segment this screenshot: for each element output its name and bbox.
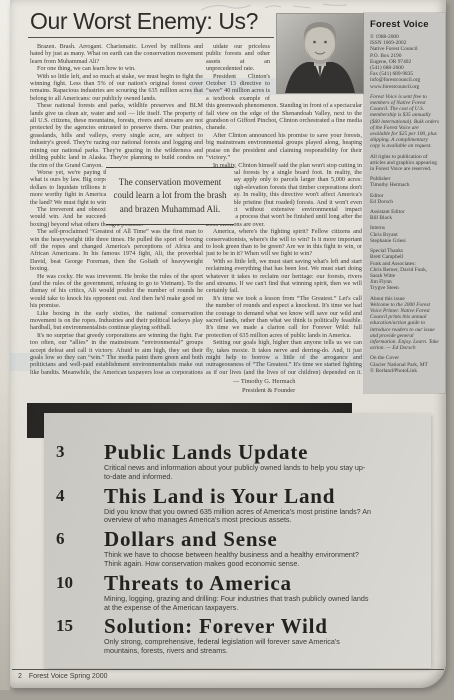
toc-entry-title: Dollars and Sense [104,528,372,550]
toc-entry-title: This Land is Your Land [104,485,372,507]
body-paragraph: After Clinton announced his promise to s… [206,132,362,162]
magazine-page: Our Worst Enemy: Us? Brazen. Brash. Arro… [10,0,446,688]
body-paragraph: Setting our goals high, higher than anyo… [206,339,362,375]
toc-entry-title: Threats to America [104,572,372,594]
toc-page-number: 4 [56,485,104,526]
page-edge-sliver [0,0,10,690]
toc-page-number: 15 [56,615,104,656]
signature-title: President & Founder [233,387,296,396]
toc-entry: 15 Solution: Forever Wild Only strong, c… [56,615,431,656]
body-paragraph: Brazen. Brash. Arrogant. Charismatic. Lo… [30,43,203,65]
sidebar-masthead-title: Forest Voice [370,19,439,30]
body-paragraph: It's time we took a lesson from “The Gre… [206,295,362,339]
sidebar-subscription-note: Forest Voice is sent free to members of … [370,94,439,150]
credit-value: Ed Dorsch [370,199,439,205]
pull-quote: The conservation movement could learn a … [106,167,234,225]
body-paragraph: He was cocky. He was irreverent. He brok… [30,273,203,310]
toc-entry: 6 Dollars and Sense Think we have to cho… [56,528,431,569]
signature-name: — Timothy G. Hermach [233,378,296,387]
sidebar-contact-info: © 1988-2000 ISSN 1069-2002 Native Forest… [370,34,439,90]
toc-page-number: 6 [56,528,104,569]
toc-entry-desc: Only strong, comprehensive, federal legi… [104,638,372,656]
body-paragraph: With so little left, and so much at stak… [30,73,203,103]
body-paragraph: With so little left, we must start savin… [206,258,362,295]
toc-entry: 4 This Land is Your Land Did you know th… [56,485,431,526]
page-footer: 2Forest Voice Spring 2000 [18,673,115,680]
toc-entry-title: Public Lands Update [104,441,372,463]
toc-entry-desc: Mining, logging, grazing and drilling: F… [104,595,372,613]
toc-page-number: 3 [56,441,104,482]
signature-block: — Timothy G. Hermach President & Founder [233,378,296,395]
credit-value: Bill Black [370,215,439,221]
toc-entry-desc: Did you know that you owned 635 million … [104,508,372,526]
toc-entry: 10 Threats to America Mining, logging, g… [56,572,431,613]
credit-value: Chris Bryant Stephanie Griesi [370,232,439,244]
article-title: Our Worst Enemy: Us? [30,8,290,35]
sidebar-cover-text: Glacier National Park, MT © Borland/Phot… [370,362,439,374]
toc-entry: 3 Public Lands Update Critical news and … [56,441,431,482]
title-rule [28,37,274,38]
masthead-sidebar: Forest Voice © 1988-2000 ISSN 1069-2002 … [364,13,445,393]
sidebar-rights-note: All rights to publication of articles an… [370,154,439,173]
author-portrait-photo [277,14,363,93]
toc-entry-desc: Think we have to choose between healthy … [104,551,372,569]
body-paragraph: America, where's the fighting spirit? Fe… [206,228,362,258]
toc-entry-title: Solution: Forever Wild [104,615,372,637]
credit-value: Timothy Hermach [370,182,439,188]
sidebar-about-text: Welcome to the 2000 Forest Voice Primer.… [370,302,439,352]
body-paragraph: The self-proclaimed “Greatest of All Tim… [30,228,203,272]
toc-entry-desc: Critical news and information about your… [104,464,372,482]
body-paragraph: It's no surprise that greedy corporation… [30,332,203,375]
credit-value: Brett Campbell Funk and Associates: Chri… [370,254,439,291]
footer-page-number: 2 [18,673,22,680]
body-paragraph: These national forests and parks, wildli… [30,102,203,169]
body-paragraph: For one thing, we can learn how to win. [30,65,203,72]
footer-rule [12,669,444,670]
footer-issue-title: Forest Voice Spring 2000 [29,673,108,680]
table-of-contents-panel: 3 Public Lands Update Critical news and … [44,413,431,668]
toc-page-number: 10 [56,572,104,613]
body-paragraph: Like boxing in the early sixties, the na… [30,310,203,332]
